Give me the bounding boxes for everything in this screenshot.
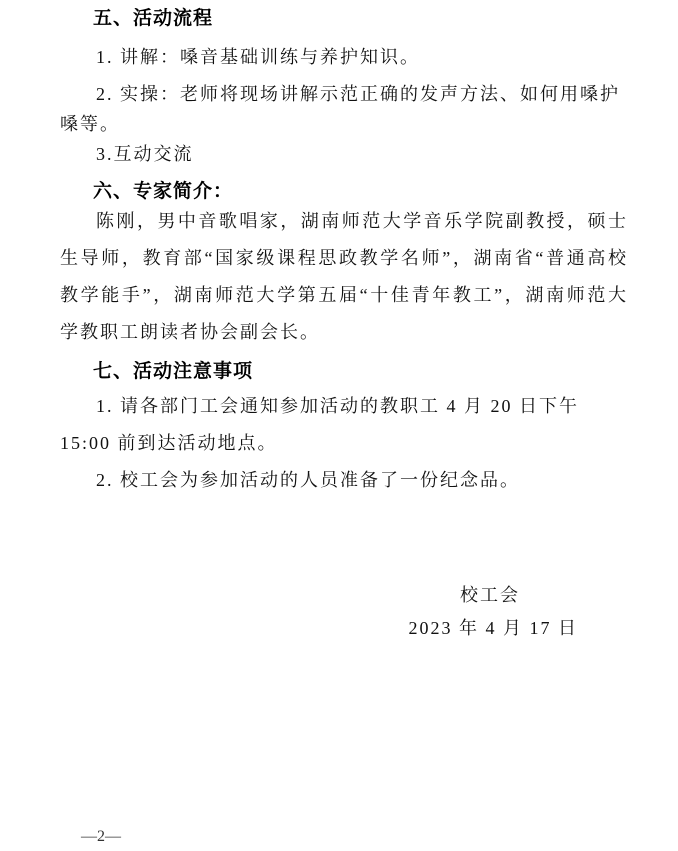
paragraph-expert-bio: 陈刚，男中音歌唱家，湖南师范大学音乐学院副教授，硕士生导师，教育部“国家级课程思…: [60, 203, 628, 351]
paragraph-process-item-1: 1. 讲解：嗓音基础训练与养护知识。: [60, 42, 628, 72]
document-page: 五、活动流程 1. 讲解：嗓音基础训练与养护知识。 2. 实操：老师将现场讲解示…: [0, 0, 678, 851]
paragraph-process-item-2: 2. 实操：老师将现场讲解示范正确的发声方法、如何用嗓护嗓等。: [60, 79, 628, 139]
section-heading-activity-process: 五、活动流程: [93, 8, 628, 30]
document-content: 五、活动流程 1. 讲解：嗓音基础训练与养护知识。 2. 实操：老师将现场讲解示…: [60, 0, 628, 643]
date-line: 2023 年 4 月 17 日: [60, 613, 628, 643]
paragraph-process-item-3: 3.互动交流: [60, 139, 628, 169]
section-heading-expert-intro: 六、专家简介：: [93, 181, 628, 203]
signature-line: 校工会: [60, 580, 628, 610]
section-heading-notes: 七、活动注意事项: [93, 361, 628, 383]
paragraph-note-1: 1. 请各部门工会通知参加活动的教职工 4 月 20 日下午 15:00 前到达…: [60, 388, 628, 462]
paragraph-note-2: 2. 校工会为参加活动的人员准备了一份纪念品。: [60, 462, 628, 499]
page-number: —2—: [81, 828, 121, 846]
